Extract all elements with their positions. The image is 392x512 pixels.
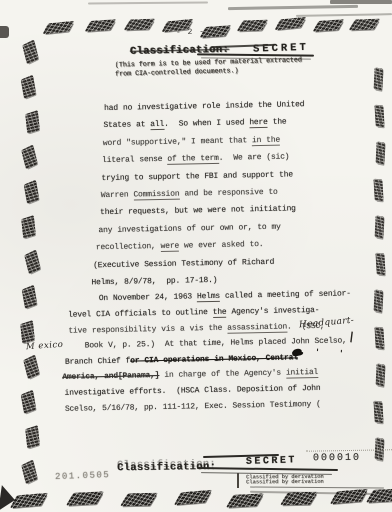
stamp-underline bbox=[250, 487, 384, 489]
ink-smudge bbox=[25, 110, 40, 134]
ink-smudge bbox=[280, 492, 318, 506]
ink-smudge bbox=[21, 75, 37, 100]
ink-smudge bbox=[123, 19, 155, 31]
handwritten-margin-note: M exico bbox=[26, 340, 64, 353]
ink-smudge bbox=[120, 493, 158, 507]
ink-smudge bbox=[374, 327, 384, 350]
blockquote-testimony: had no investigative role inside the Uni… bbox=[59, 95, 363, 292]
ink-smudge bbox=[374, 215, 384, 239]
ink-smudge bbox=[274, 17, 306, 31]
footer-classification-value: SECRET bbox=[245, 455, 296, 468]
ink-smudge bbox=[25, 425, 40, 449]
page-number: - 2 - bbox=[176, 28, 205, 38]
scan-streak bbox=[330, 0, 392, 4]
ink-smudge bbox=[330, 489, 368, 505]
edge-ink-mark bbox=[0, 26, 9, 38]
ink-smudge bbox=[22, 39, 39, 64]
derivation-stamp: Classified by derivation Classified by d… bbox=[246, 475, 324, 486]
ink-smudge bbox=[366, 488, 392, 503]
ink-smudge bbox=[21, 215, 36, 239]
ink-smudge bbox=[21, 390, 37, 415]
ink-smudge bbox=[348, 19, 380, 31]
ink-smudge bbox=[24, 180, 40, 205]
ink-smudge bbox=[174, 490, 212, 506]
ink-smudge bbox=[236, 20, 268, 32]
ink-smudge bbox=[373, 401, 383, 424]
ink-smudge bbox=[24, 249, 41, 274]
ink-smudge bbox=[66, 491, 104, 506]
document-serial-number: 000010 bbox=[313, 453, 361, 464]
ink-smudge bbox=[312, 19, 344, 32]
ink-smudge bbox=[21, 144, 38, 169]
derivation-stamp-line-2: Classified by derivation bbox=[246, 480, 324, 486]
scan-streak bbox=[88, 1, 208, 4]
stamp-divider-bar bbox=[237, 473, 239, 488]
scan-streak bbox=[228, 5, 358, 10]
ink-smudge bbox=[84, 19, 116, 32]
scanned-document-page: - 2 - Classification: SECRET (This form … bbox=[0, 0, 392, 512]
ink-smudge bbox=[22, 285, 38, 310]
ink-smudge bbox=[373, 179, 383, 202]
document-body: had no investigative role inside the Uni… bbox=[59, 95, 365, 417]
ink-smudge bbox=[42, 21, 74, 35]
ink-smudge bbox=[373, 67, 383, 91]
ink-smudge bbox=[20, 320, 35, 344]
ink-smudge bbox=[373, 289, 383, 313]
ink-smudge bbox=[375, 363, 385, 387]
ink-smudge bbox=[375, 141, 385, 165]
scan-streak bbox=[296, 13, 392, 17]
handwritten-tick-marks: ' ' bbox=[316, 348, 352, 360]
form-usage-note: (This form is to be used for material ex… bbox=[115, 56, 302, 78]
ink-smudge bbox=[21, 459, 38, 484]
ink-smudge bbox=[374, 105, 384, 128]
faint-stamp-number: 201.0505 bbox=[55, 470, 111, 482]
ink-smudge bbox=[226, 493, 264, 508]
ink-smudge bbox=[375, 253, 385, 276]
ink-smudge bbox=[23, 354, 40, 379]
